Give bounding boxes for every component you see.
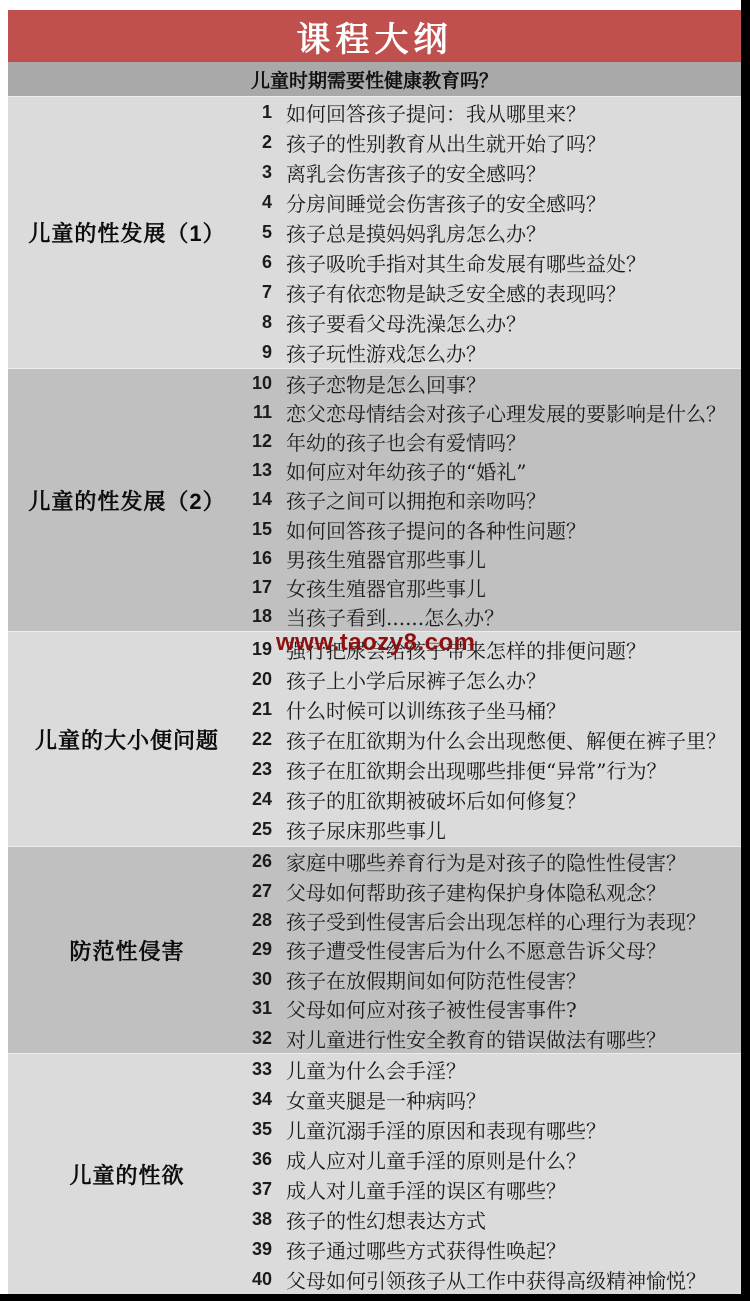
item-text: 父母如何应对孩子被性侵害事件? — [286, 994, 577, 1023]
item-number: 13 — [246, 460, 272, 481]
item-text: 孩子总是摸妈妈乳房怎么办？ — [286, 218, 546, 247]
item-number: 38 — [246, 1209, 272, 1230]
item-text: 孩子在肛欲期为什么会出现憋便、解便在裤子里？ — [286, 725, 726, 754]
watermark-text: www.taozy8.com — [276, 629, 476, 657]
item-text: 女孩生殖器官那些事儿 — [286, 573, 486, 602]
item-number: 1 — [246, 102, 272, 123]
outline-item: 23孩子在肛欲期会出现哪些排便“异常”行为？ — [246, 754, 741, 784]
item-number: 34 — [246, 1089, 272, 1110]
item-number: 21 — [246, 699, 272, 720]
item-number: 22 — [246, 729, 272, 750]
item-number: 17 — [246, 577, 272, 598]
outline-item: 5孩子总是摸妈妈乳房怎么办？ — [246, 218, 741, 248]
item-text: 孩子之间可以拥抱和亲吻吗？ — [286, 485, 546, 514]
item-number: 39 — [246, 1239, 272, 1260]
item-number: 7 — [246, 282, 272, 303]
outline-item: 7孩子有依恋物是缺乏安全感的表现吗？ — [246, 278, 741, 308]
outline-item: 25孩子尿床那些事儿 — [246, 814, 741, 844]
item-text: 成人对儿童手淫的误区有哪些？ — [286, 1175, 566, 1204]
item-text: 男孩生殖器官那些事儿 — [286, 544, 486, 573]
outline-item: 31父母如何应对孩子被性侵害事件? — [246, 994, 741, 1023]
item-number: 33 — [246, 1059, 272, 1080]
page-title: 课程大纲 — [297, 12, 453, 61]
outline-item: 1如何回答孩子提问：我从哪里来？ — [246, 98, 741, 128]
outline-item: 21什么时候可以训练孩子坐马桶？ — [246, 694, 741, 724]
outline-item: 20孩子上小学后尿裤子怎么办？ — [246, 664, 741, 694]
outline-item: 40父母如何引领孩子从工作中获得高级精神愉悦？ — [246, 1264, 741, 1294]
banner-row: 儿童时期需要性健康教育吗？ — [8, 62, 741, 97]
outline-item: 28孩子受到性侵害后会出现怎样的心理行为表现？ — [246, 906, 741, 935]
item-text: 如何应对年幼孩子的“婚礼” — [286, 456, 526, 485]
outline-item: 22孩子在肛欲期为什么会出现憋便、解便在裤子里？ — [246, 724, 741, 754]
item-number: 27 — [246, 881, 272, 902]
item-text: 孩子上小学后尿裤子怎么办？ — [286, 665, 546, 694]
item-number: 6 — [246, 252, 272, 273]
outline-item: 10孩子恋物是怎么回事？ — [246, 369, 741, 398]
right-edge-bar — [741, 0, 750, 1301]
outline-item: 37成人对儿童手淫的误区有哪些？ — [246, 1174, 741, 1204]
item-text: 孩子的性别教育从出生就开始了吗？ — [286, 128, 606, 157]
outline-item: 11恋父恋母情结会对孩子心理发展的要影响是什么？ — [246, 398, 741, 427]
item-text: 孩子在放假期间如何防范性侵害？ — [286, 965, 586, 994]
outline-item: 36成人应对儿童手淫的原则是什么？ — [246, 1144, 741, 1174]
outline-item: 16男孩生殖器官那些事儿 — [246, 544, 741, 573]
outline-item: 39孩子通过哪些方式获得性唤起？ — [246, 1234, 741, 1264]
item-text: 分房间睡觉会伤害孩子的安全感吗？ — [286, 188, 606, 217]
outline-item: 18当孩子看到......怎么办？ — [246, 602, 741, 631]
section-items: 10孩子恋物是怎么回事？11恋父恋母情结会对孩子心理发展的要影响是什么？12年幼… — [246, 369, 741, 631]
item-text: 家庭中哪些养育行为是对孩子的隐性性侵害？ — [286, 847, 686, 876]
outline-item: 14孩子之间可以拥抱和亲吻吗？ — [246, 485, 741, 514]
outline-item: 24孩子的肛欲期被破坏后如何修复？ — [246, 784, 741, 814]
item-number: 20 — [246, 669, 272, 690]
item-text: 孩子遭受性侵害后为什么不愿意告诉父母？ — [286, 935, 666, 964]
item-number: 11 — [246, 402, 272, 423]
outline-item: 6孩子吸吮手指对其生命发展有哪些益处？ — [246, 248, 741, 278]
item-text: 恋父恋母情结会对孩子心理发展的要影响是什么？ — [286, 398, 726, 427]
title-bar: 课程大纲 — [8, 10, 741, 62]
item-number: 35 — [246, 1119, 272, 1140]
item-text: 孩子受到性侵害后会出现怎样的心理行为表现？ — [286, 906, 706, 935]
outline-item: 29孩子遭受性侵害后为什么不愿意告诉父母？ — [246, 935, 741, 964]
outline-item: 9孩子玩性游戏怎么办？ — [246, 338, 741, 368]
outline-item: 8孩子要看父母洗澡怎么办？ — [246, 308, 741, 338]
outline-item: 33儿童为什么会手淫？ — [246, 1054, 741, 1084]
item-number: 19 — [246, 639, 272, 660]
item-number: 40 — [246, 1269, 272, 1290]
section-label: 防范性侵害 — [8, 847, 246, 1053]
section-items: 1如何回答孩子提问：我从哪里来？2孩子的性别教育从出生就开始了吗？3离乳会伤害孩… — [246, 97, 741, 368]
outline-item: 32对儿童进行性安全教育的错误做法有哪些？ — [246, 1024, 741, 1053]
item-text: 孩子通过哪些方式获得性唤起？ — [286, 1235, 566, 1264]
bottom-edge-bar — [0, 1294, 750, 1301]
item-number: 30 — [246, 969, 272, 990]
section-2: 儿童的性发展（2）10孩子恋物是怎么回事？11恋父恋母情结会对孩子心理发展的要影… — [8, 368, 741, 631]
item-number: 14 — [246, 489, 272, 510]
item-number: 32 — [246, 1028, 272, 1049]
section-items: 26家庭中哪些养育行为是对孩子的隐性性侵害？27父母如何帮助孩子建构保护身体隐私… — [246, 847, 741, 1053]
outline-item: 34女童夹腿是一种病吗？ — [246, 1084, 741, 1114]
item-text: 孩子吸吮手指对其生命发展有哪些益处？ — [286, 248, 646, 277]
item-text: 什么时候可以训练孩子坐马桶？ — [286, 695, 566, 724]
item-number: 26 — [246, 851, 272, 872]
outline-item: 27父母如何帮助孩子建构保护身体隐私观念？ — [246, 876, 741, 905]
item-text: 孩子玩性游戏怎么办？ — [286, 338, 486, 367]
item-number: 18 — [246, 606, 272, 627]
outline-item: 35儿童沉溺手淫的原因和表现有哪些？ — [246, 1114, 741, 1144]
item-text: 孩子恋物是怎么回事？ — [286, 369, 486, 398]
item-text: 儿童沉溺手淫的原因和表现有哪些？ — [286, 1115, 606, 1144]
sections: 儿童的性发展（1）1如何回答孩子提问：我从哪里来？2孩子的性别教育从出生就开始了… — [8, 97, 741, 1294]
item-number: 28 — [246, 910, 272, 931]
item-number: 2 — [246, 132, 272, 153]
section-5: 儿童的性欲33儿童为什么会手淫？34女童夹腿是一种病吗？35儿童沉溺手淫的原因和… — [8, 1053, 741, 1294]
item-number: 3 — [246, 162, 272, 183]
outline-item: 17女孩生殖器官那些事儿 — [246, 573, 741, 602]
section-label: 儿童的大小便问题 — [8, 632, 246, 846]
item-number: 5 — [246, 222, 272, 243]
item-number: 31 — [246, 998, 272, 1019]
item-text: 离乳会伤害孩子的安全感吗？ — [286, 158, 546, 187]
section-label: 儿童的性发展（2） — [8, 369, 246, 631]
item-text: 当孩子看到......怎么办？ — [286, 602, 504, 631]
item-text: 女童夹腿是一种病吗？ — [286, 1085, 486, 1114]
section-items: 19强行把尿会给孩子带来怎样的排便问题？20孩子上小学后尿裤子怎么办？21什么时… — [246, 632, 741, 846]
item-text: 孩子在肛欲期会出现哪些排便“异常”行为？ — [286, 755, 666, 784]
outline-item: 2孩子的性别教育从出生就开始了吗？ — [246, 128, 741, 158]
outline-item: 4分房间睡觉会伤害孩子的安全感吗？ — [246, 188, 741, 218]
section-label: 儿童的性欲 — [8, 1054, 246, 1294]
item-text: 孩子的性幻想表达方式 — [286, 1205, 486, 1234]
outline-item: 13如何应对年幼孩子的“婚礼” — [246, 456, 741, 485]
item-number: 37 — [246, 1179, 272, 1200]
outline-item: 15如何回答孩子提问的各种性问题？ — [246, 515, 741, 544]
item-text: 父母如何引领孩子从工作中获得高级精神愉悦？ — [286, 1265, 706, 1294]
item-text: 孩子尿床那些事儿 — [286, 815, 446, 844]
section-4: 防范性侵害26家庭中哪些养育行为是对孩子的隐性性侵害？27父母如何帮助孩子建构保… — [8, 846, 741, 1053]
item-number: 23 — [246, 759, 272, 780]
item-text: 如何回答孩子提问的各种性问题？ — [286, 515, 586, 544]
item-text: 儿童为什么会手淫？ — [286, 1055, 466, 1084]
item-text: 父母如何帮助孩子建构保护身体隐私观念？ — [286, 877, 666, 906]
section-1: 儿童的性发展（1）1如何回答孩子提问：我从哪里来？2孩子的性别教育从出生就开始了… — [8, 97, 741, 368]
item-number: 4 — [246, 192, 272, 213]
item-number: 12 — [246, 431, 272, 452]
item-number: 15 — [246, 519, 272, 540]
item-text: 年幼的孩子也会有爱情吗？ — [286, 427, 526, 456]
item-text: 孩子有依恋物是缺乏安全感的表现吗？ — [286, 278, 626, 307]
section-label: 儿童的性发展（1） — [8, 97, 246, 368]
item-text: 孩子的肛欲期被破坏后如何修复？ — [286, 785, 586, 814]
item-number: 25 — [246, 819, 272, 840]
item-text: 如何回答孩子提问：我从哪里来？ — [286, 98, 586, 127]
item-number: 10 — [246, 373, 272, 394]
item-number: 36 — [246, 1149, 272, 1170]
outline-item: 3离乳会伤害孩子的安全感吗？ — [246, 158, 741, 188]
section-3: 儿童的大小便问题19强行把尿会给孩子带来怎样的排便问题？20孩子上小学后尿裤子怎… — [8, 631, 741, 846]
item-text: 成人应对儿童手淫的原则是什么？ — [286, 1145, 586, 1174]
outline-item: 12年幼的孩子也会有爱情吗？ — [246, 427, 741, 456]
banner-question: 儿童时期需要性健康教育吗？ — [251, 66, 498, 93]
item-text: 孩子要看父母洗澡怎么办？ — [286, 308, 526, 337]
outline-item: 30孩子在放假期间如何防范性侵害？ — [246, 965, 741, 994]
item-number: 29 — [246, 939, 272, 960]
outline-item: 38孩子的性幻想表达方式 — [246, 1204, 741, 1234]
item-number: 9 — [246, 342, 272, 363]
item-number: 16 — [246, 548, 272, 569]
item-number: 24 — [246, 789, 272, 810]
item-number: 8 — [246, 312, 272, 333]
section-items: 33儿童为什么会手淫？34女童夹腿是一种病吗？35儿童沉溺手淫的原因和表现有哪些… — [246, 1054, 741, 1294]
item-text: 对儿童进行性安全教育的错误做法有哪些？ — [286, 1024, 666, 1053]
outline-item: 26家庭中哪些养育行为是对孩子的隐性性侵害？ — [246, 847, 741, 876]
